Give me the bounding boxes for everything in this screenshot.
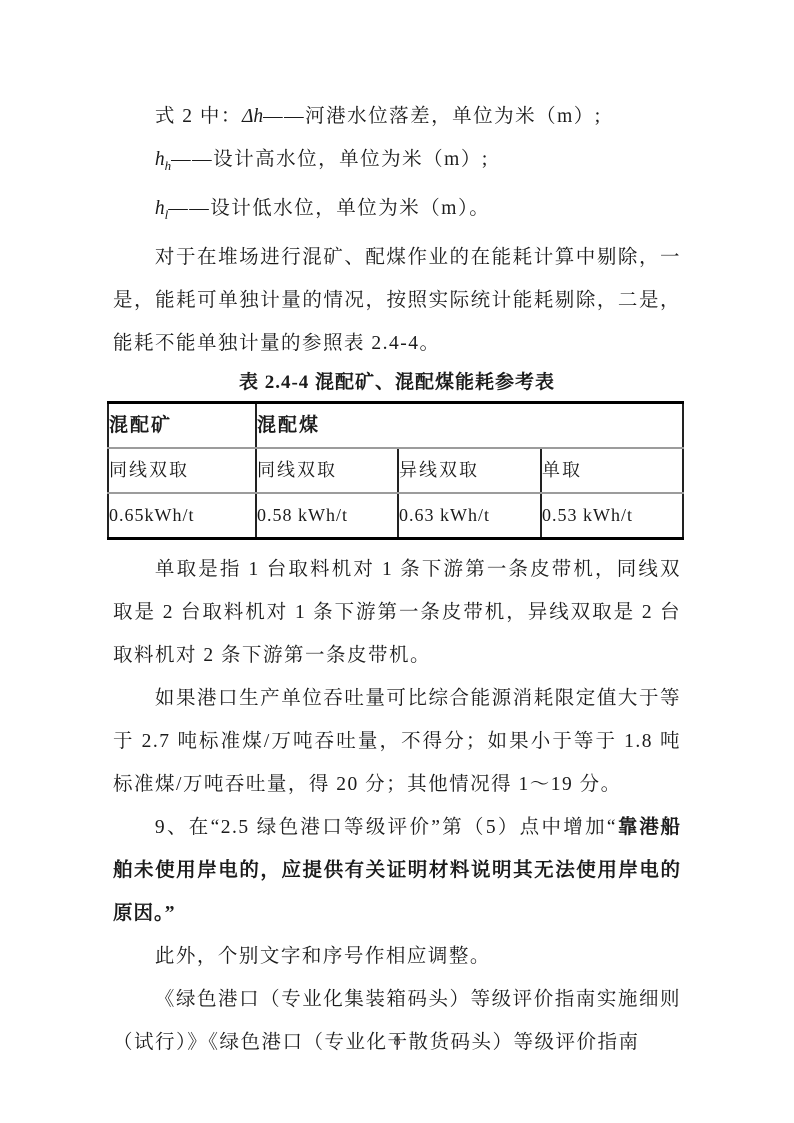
var-delta-h: Δh <box>242 106 263 127</box>
page-number: 8 <box>0 1034 794 1050</box>
subheader-cell: 单取 <box>541 448 683 493</box>
value-cell: 0.63 kWh/t <box>398 493 541 539</box>
equation-prefix: 式 2 中： <box>155 106 242 127</box>
subheader-cell: 同线双取 <box>256 448 398 493</box>
equation-definition: ——设计高水位，单位为米（m）; <box>171 149 489 170</box>
var-symbol: h <box>155 198 165 219</box>
equation-line-hl: hl——设计低水位，单位为米（m）。 <box>113 187 681 236</box>
var-symbol: h <box>155 149 165 170</box>
paragraph-item-9: 9、在“2.5 绿色港口等级评价”第（5）点中增加“靠港船舶未使用岸电的，应提供… <box>113 806 681 935</box>
body-text-block: 式 2 中：Δh——河港水位落差，单位为米（m）; hh——设计高水位，单位为米… <box>113 95 681 1064</box>
table-caption: 表 2.4-4 混配矿、混配煤能耗参考表 <box>113 365 681 401</box>
header-cell-ore-blending: 混配矿 <box>108 402 256 448</box>
paragraph-reclaimer-definition: 单取是指 1 台取料机对 1 条下游第一条皮带机，同线双取是 2 台取料机对 1… <box>113 548 681 677</box>
paragraph-adjustment-note: 此外，个别文字和序号作相应调整。 <box>113 935 681 978</box>
value-cell: 0.65kWh/t <box>108 493 256 539</box>
subheader-cell: 同线双取 <box>108 448 256 493</box>
paragraph-scoring-rule: 如果港口生产单位吞吐量可比综合能源消耗限定值大于等于 2.7 吨标准煤/万吨吞吐… <box>113 677 681 806</box>
var-h-high: hh <box>155 149 171 170</box>
equation-definition: ——河港水位落差，单位为米（m）; <box>263 106 602 127</box>
table-subheader-row: 同线双取 同线双取 异线双取 单取 <box>108 448 683 493</box>
paragraph-guide-titles: 《绿色港口（专业化集装箱码头）等级评价指南实施细则（试行）》《绿色港口（专业化干… <box>113 978 681 1064</box>
energy-reference-table: 混配矿 混配煤 同线双取 同线双取 异线双取 单取 0.65kWh/t 0.58… <box>107 401 684 540</box>
value-cell: 0.53 kWh/t <box>541 493 683 539</box>
header-cell-coal-blending: 混配煤 <box>256 402 683 448</box>
var-h-low: hl <box>155 198 168 219</box>
paragraph-energy-deduction: 对于在堆场进行混矿、配煤作业的在能耗计算中剔除，一是，能耗可单独计量的情况，按照… <box>113 236 681 365</box>
table-header-row: 混配矿 混配煤 <box>108 402 683 448</box>
table-value-row: 0.65kWh/t 0.58 kWh/t 0.63 kWh/t 0.53 kWh… <box>108 493 683 539</box>
equation-line-hh: hh——设计高水位，单位为米（m）; <box>113 138 681 187</box>
value-cell: 0.58 kWh/t <box>256 493 398 539</box>
equation-line-dh: 式 2 中：Δh——河港水位落差，单位为米（m）; <box>113 95 681 138</box>
item-9-normal-text: 9、在“2.5 绿色港口等级评价”第（5）点中增加“ <box>155 817 617 838</box>
equation-definition: ——设计低水位，单位为米（m）。 <box>168 198 490 219</box>
document-page: 式 2 中：Δh——河港水位落差，单位为米（m）; hh——设计高水位，单位为米… <box>0 0 794 1123</box>
subheader-cell: 异线双取 <box>398 448 541 493</box>
